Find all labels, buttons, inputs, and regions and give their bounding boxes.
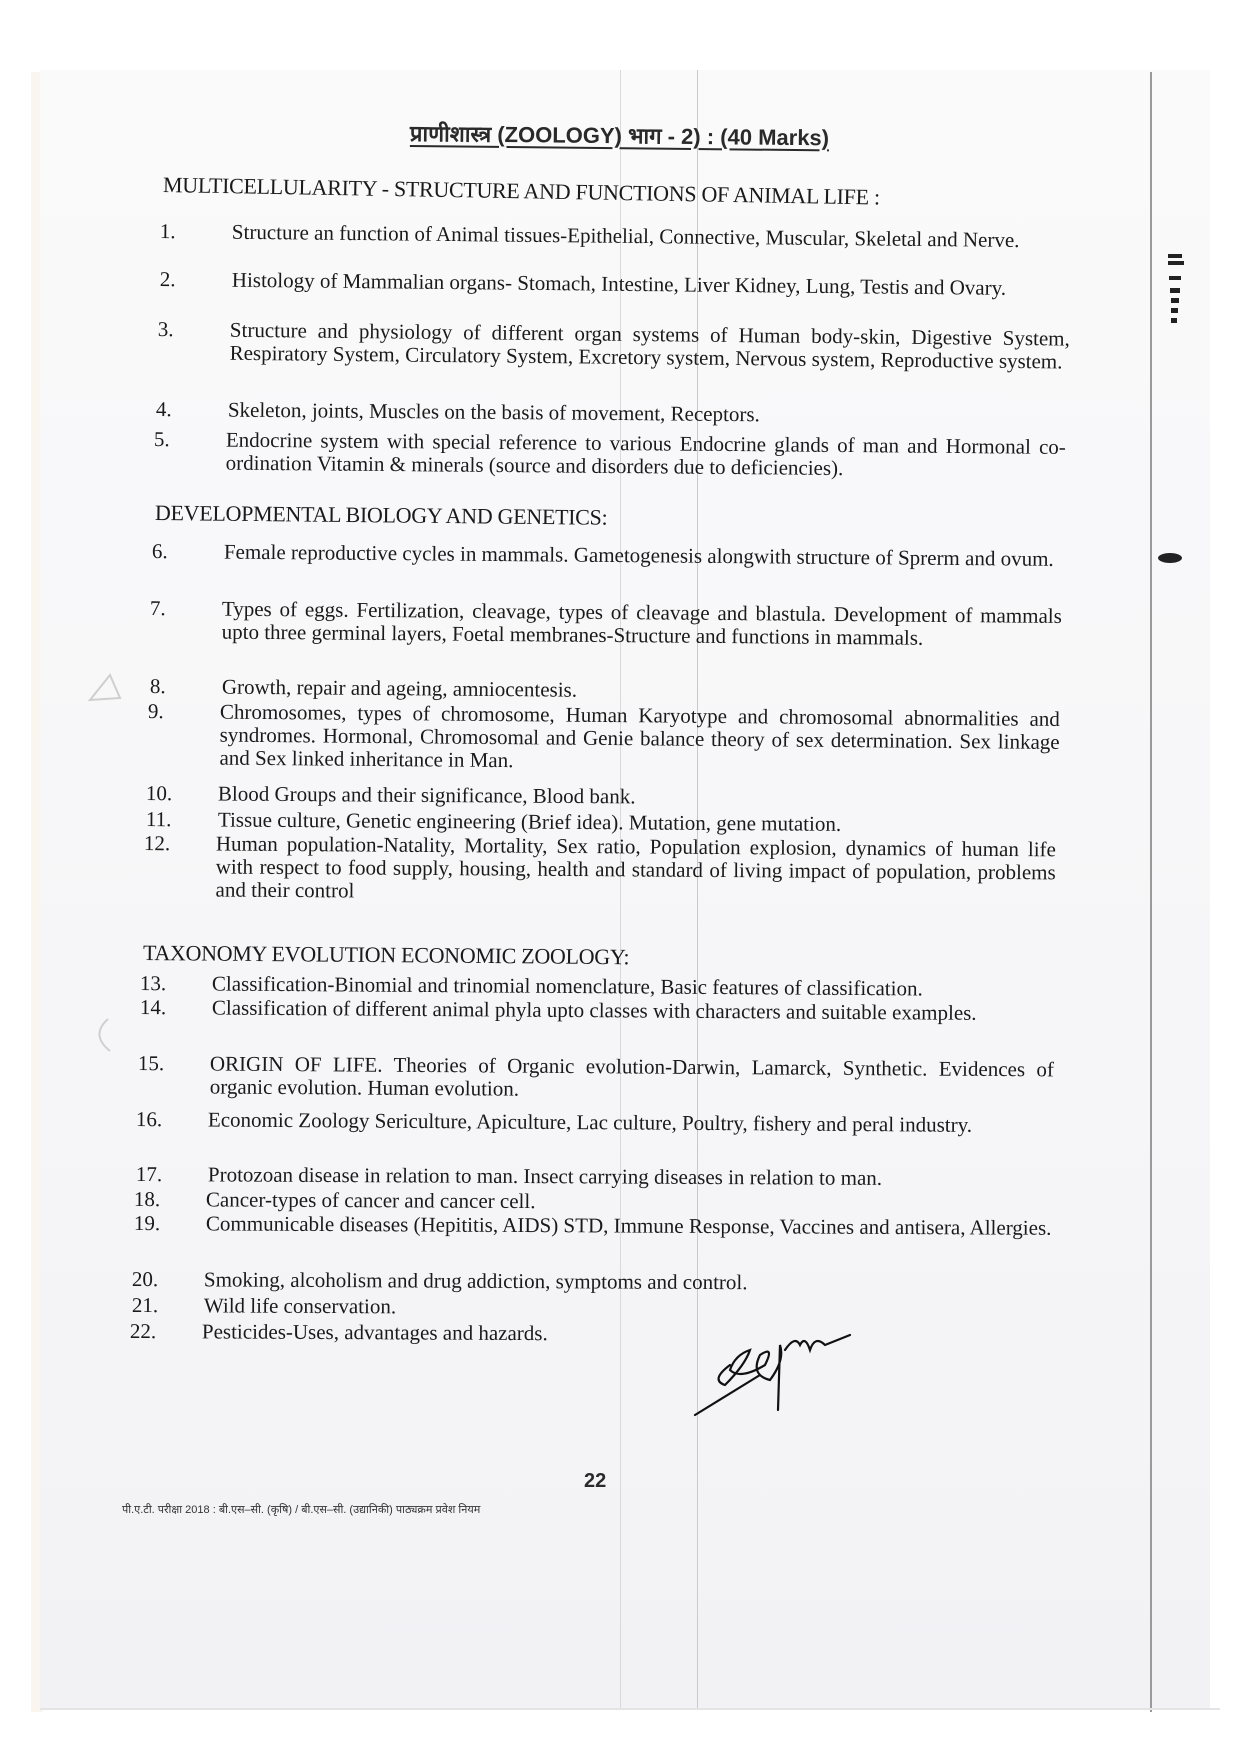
item-number: 16. <box>136 1108 196 1131</box>
item-text: Smoking, alcoholism and drug addiction, … <box>204 1268 1050 1295</box>
item-number: 5. <box>154 428 214 452</box>
item-number: 1. <box>160 220 220 244</box>
item-number: 14. <box>140 996 200 1019</box>
binding-hole-marks-icon <box>1160 250 1190 350</box>
item-number: 19. <box>134 1212 194 1235</box>
item-number: 9. <box>148 700 208 724</box>
item-text: Endocrine system with special reference … <box>226 429 1066 482</box>
signature-icon <box>690 1325 880 1435</box>
item-number: 20. <box>132 1268 192 1291</box>
item-text: ORIGIN OF LIFE. Theories of Organic evol… <box>210 1053 1054 1105</box>
paper-crease-mark-icon <box>80 1015 120 1055</box>
ink-blot-icon <box>1155 550 1185 566</box>
item-text: Human population-Natality, Mortality, Se… <box>216 833 1056 908</box>
item-number: 2. <box>160 268 220 292</box>
page-number: 22 <box>584 1470 606 1493</box>
item-text: Protozoan disease in relation to man. In… <box>208 1163 1054 1190</box>
document-title: प्राणीशास्त्र (ZOOLOGY) भाग - 2) : (40 M… <box>410 118 829 152</box>
item-number: 10. <box>146 782 206 805</box>
item-text: Structure and physiology of different or… <box>230 319 1070 374</box>
item-number: 13. <box>140 972 200 995</box>
item-number: 12. <box>144 832 204 855</box>
item-number: 18. <box>134 1188 194 1211</box>
item-number: 21. <box>132 1294 192 1317</box>
item-number: 7. <box>150 597 210 621</box>
page-edge-rule <box>1150 72 1152 1712</box>
item-text: Communicable diseases (Hepititis, AIDS) … <box>206 1212 1052 1239</box>
footer-note: पी.ए.टी. परीक्षा 2018 : बी.एस–सी. (कृषि)… <box>122 1502 480 1517</box>
item-number: 8. <box>150 675 210 699</box>
section-heading: DEVELOPMENTAL BIOLOGY AND GENETICS: <box>155 500 608 531</box>
section-heading: TAXONOMY EVOLUTION ECONOMIC ZOOLOGY: <box>143 940 629 970</box>
item-text: Wild life conservation. <box>204 1294 1050 1321</box>
paper-crease-mark-icon <box>80 670 130 710</box>
item-number: 22. <box>130 1320 190 1343</box>
scan-bottom-edge <box>40 1708 1220 1710</box>
item-number: 6. <box>152 540 212 564</box>
item-number: 17. <box>136 1163 196 1186</box>
item-text: Pesticides-Uses, advantages and hazards. <box>202 1320 1048 1347</box>
item-text: Types of eggs. Fertilization, cleavage, … <box>222 598 1062 651</box>
item-text: Chromosomes, types of chromosome, Human … <box>219 701 1060 777</box>
item-number: 4. <box>156 398 216 422</box>
item-number: 3. <box>158 318 218 342</box>
item-number: 15. <box>138 1052 198 1075</box>
item-number: 11. <box>146 808 206 831</box>
